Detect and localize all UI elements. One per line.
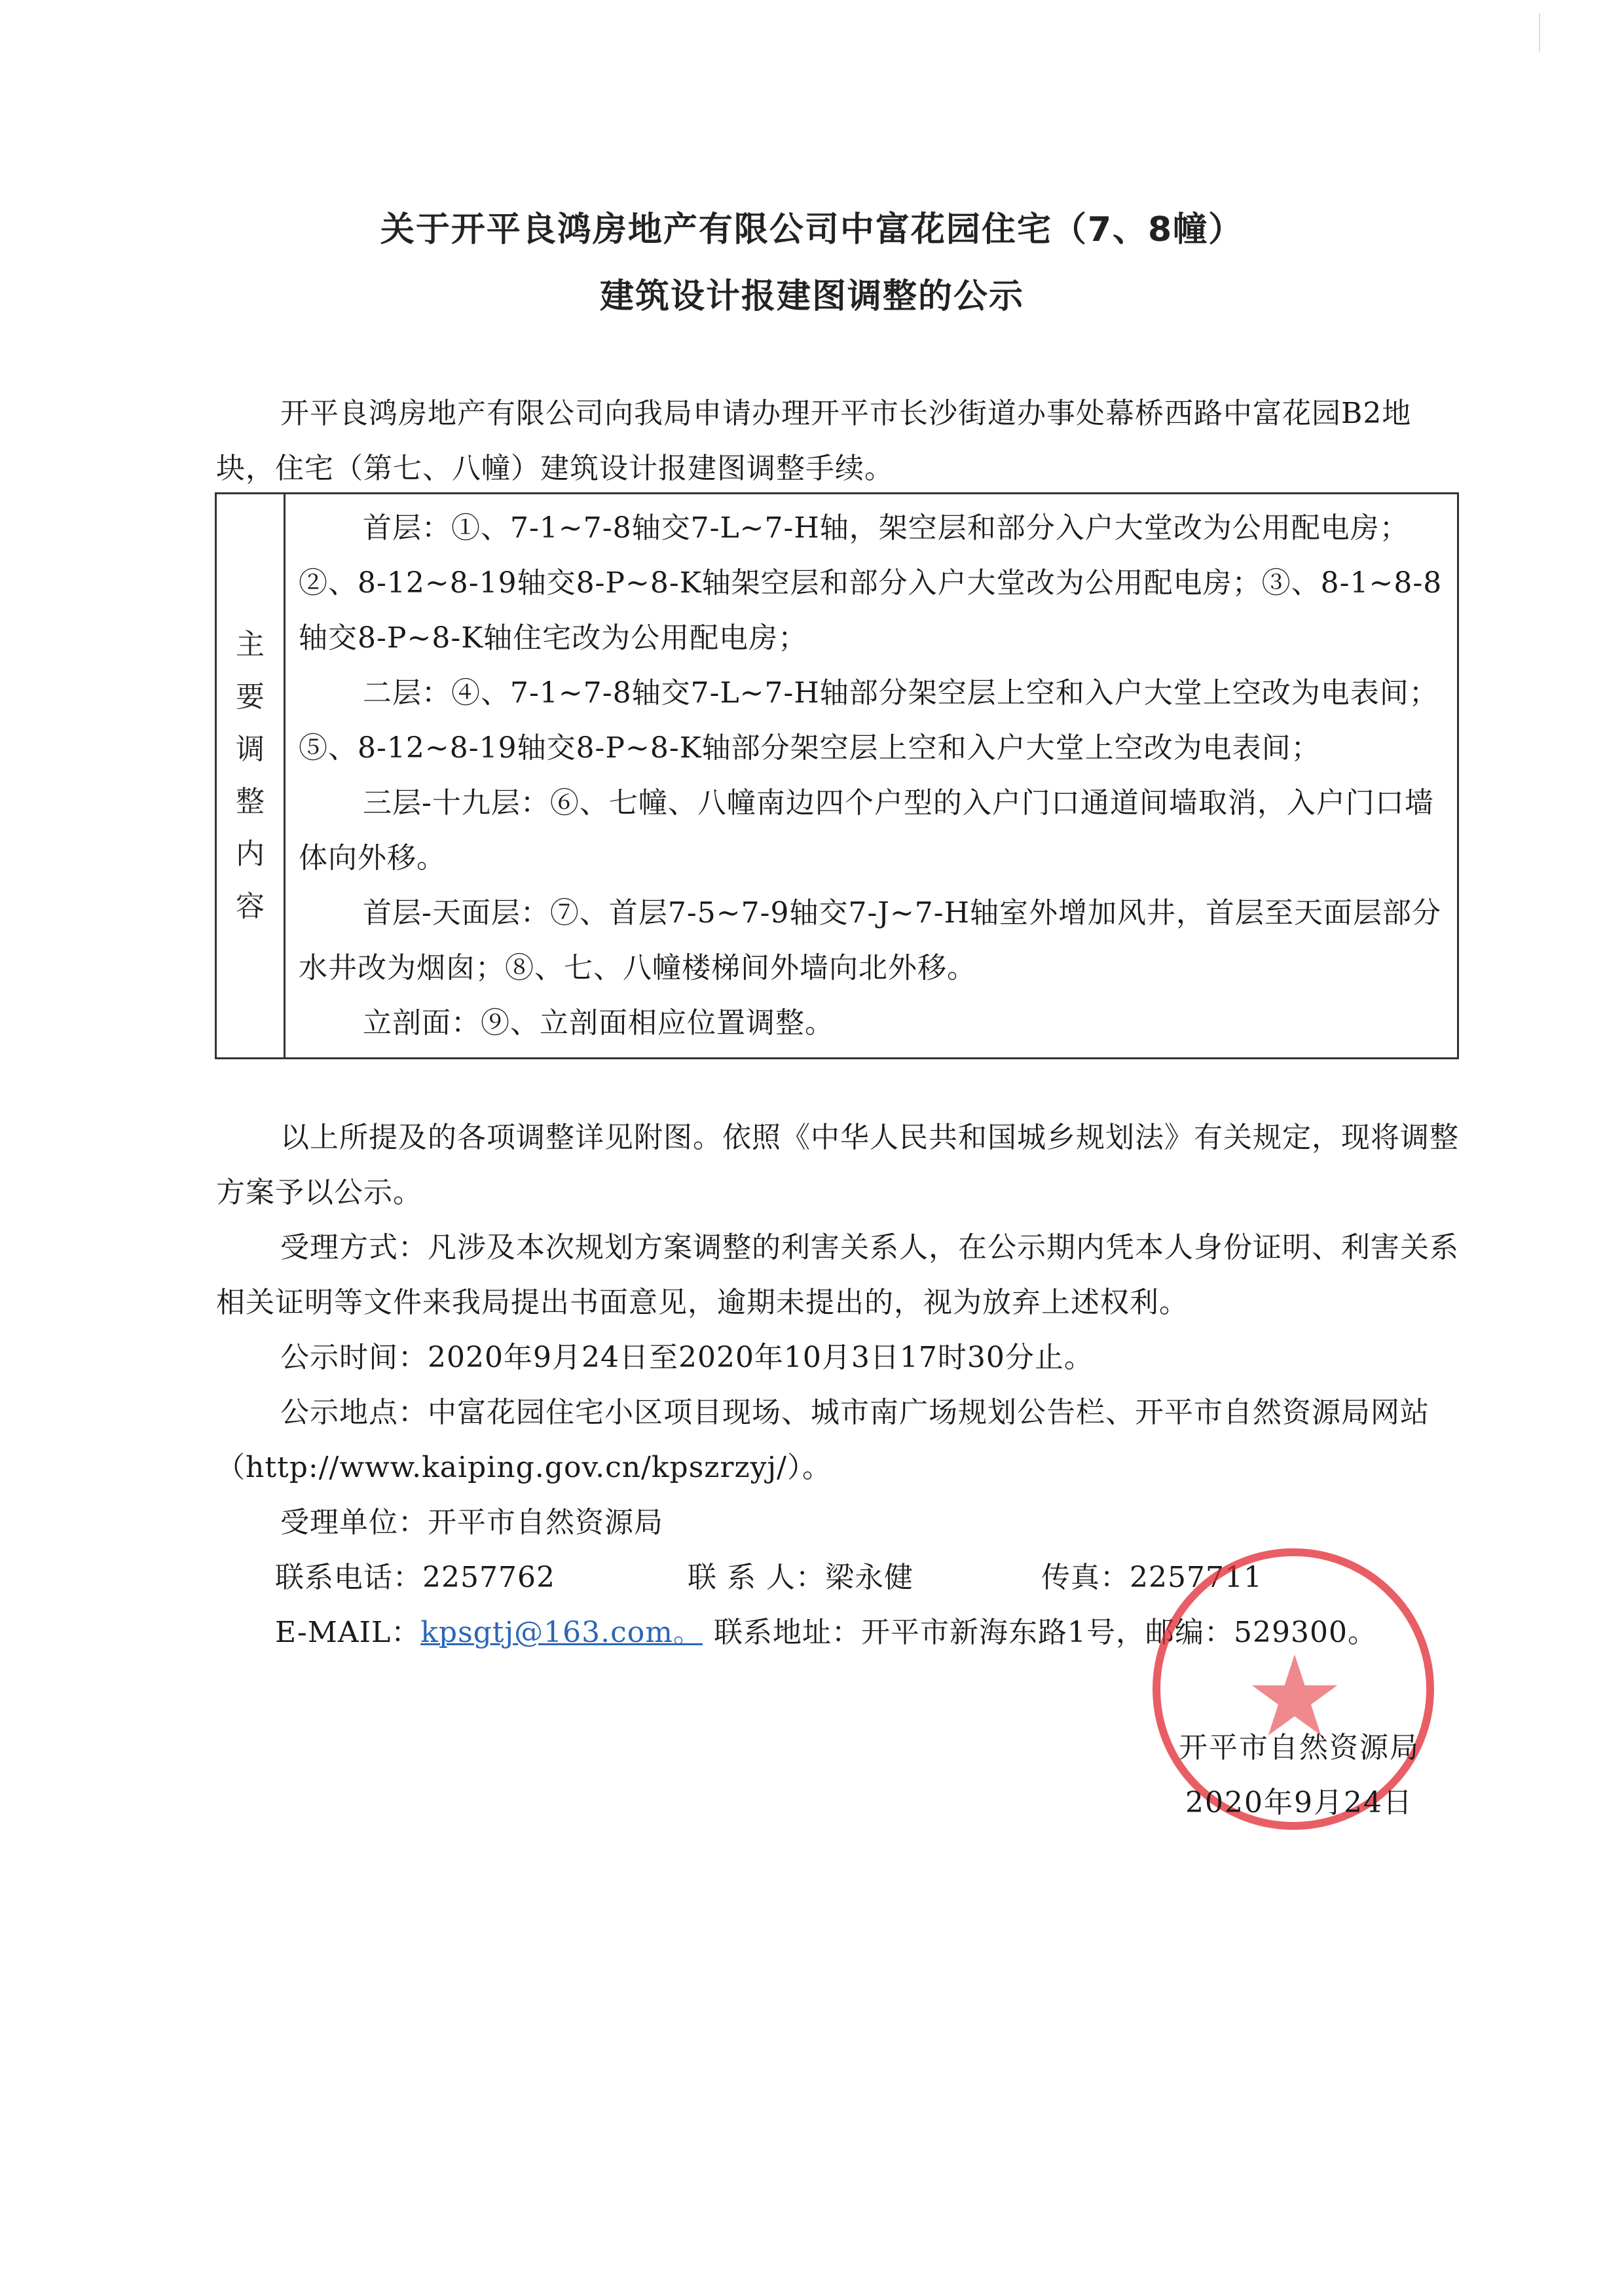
intro-paragraph: 开平良鸿房地产有限公司向我局申请办理开平市长沙街道办事处幕桥西路中富花园B2地块…: [216, 386, 1460, 496]
contact-person: 联 系 人：梁永健: [688, 1550, 913, 1605]
adjustment-item-elevation-section: 立剖面：⑨、立剖面相应位置调整。: [299, 996, 1444, 1051]
adjustment-item-floors-3-19: 三层-十九层：⑥、七幢、八幢南边四个户型的入户门口通道间墙取消，入户门口墙体向外…: [299, 776, 1444, 886]
contact-fax: 传真：2257711: [1041, 1550, 1263, 1605]
email-link[interactable]: kpsgtj@163.com。: [420, 1616, 703, 1649]
adjustment-item-second-floor: 二层：④、7-1~7-8轴交7-L~7-H轴部分架空层上空和入户大堂上空改为电表…: [299, 666, 1444, 776]
publicity-location: 公示地点：中富花园住宅小区项目现场、城市南广场规划公告栏、开平市自然资源局网站（…: [216, 1385, 1460, 1495]
accepting-unit: 受理单位：开平市自然资源局: [216, 1495, 1460, 1550]
table-label-cell: 主 要 调 整 内 容: [216, 494, 285, 1059]
title-line-1: 关于开平良鸿房地产有限公司中富花园住宅（7、8幢）: [0, 202, 1624, 251]
table-content-cell: 首层：①、7-1~7-8轴交7-L~7-H轴，架空层和部分入户大堂改为公用配电房…: [285, 494, 1458, 1059]
vertical-label: 主 要 调 整 内 容: [217, 619, 283, 933]
legal-basis-paragraph: 以上所提及的各项调整详见附图。依照《中华人民共和国城乡规划法》有关规定，现将调整…: [216, 1110, 1460, 1220]
signature-date: 2020年9月24日: [1185, 1776, 1413, 1831]
publicity-time: 公示时间：2020年9月24日至2020年10月3日17时30分止。: [216, 1330, 1460, 1385]
contact-phone: 联系电话：2257762: [275, 1550, 555, 1605]
contact-email: E-MAIL：kpsgtj@163.com。: [275, 1605, 703, 1660]
address-text: 开平市新海东路1号，邮编：529300。: [861, 1616, 1377, 1649]
adjustment-item-ground-to-roof: 首层-天面层：⑦、首层7-5~7-9轴交7-J~7-H轴室外增加风井，首层至天面…: [299, 886, 1444, 996]
title-line-2: 建筑设计报建图调整的公示: [0, 268, 1624, 318]
scan-artifact: [1539, 13, 1540, 52]
acceptance-method-paragraph: 受理方式：凡涉及本次规划方案调整的利害关系人，在公示期内凭本人身份证明、利害关系…: [216, 1220, 1460, 1330]
person-name: 梁永健: [825, 1561, 913, 1594]
signature-organization: 开平市自然资源局: [1179, 1721, 1420, 1776]
adjustment-table: 主 要 调 整 内 容 首层：①、7-1~7-8轴交7-L~7-H轴，架空层和部…: [215, 492, 1459, 1059]
phone-number: 2257762: [422, 1561, 555, 1594]
fax-number: 2257711: [1130, 1561, 1263, 1594]
notice-page: 关于开平良鸿房地产有限公司中富花园住宅（7、8幢） 建筑设计报建图调整的公示 开…: [0, 0, 1624, 2296]
adjustment-item-ground-floor: 首层：①、7-1~7-8轴交7-L~7-H轴，架空层和部分入户大堂改为公用配电房…: [299, 501, 1444, 666]
contact-address: 联系地址：开平市新海东路1号，邮编：529300。: [714, 1605, 1377, 1660]
